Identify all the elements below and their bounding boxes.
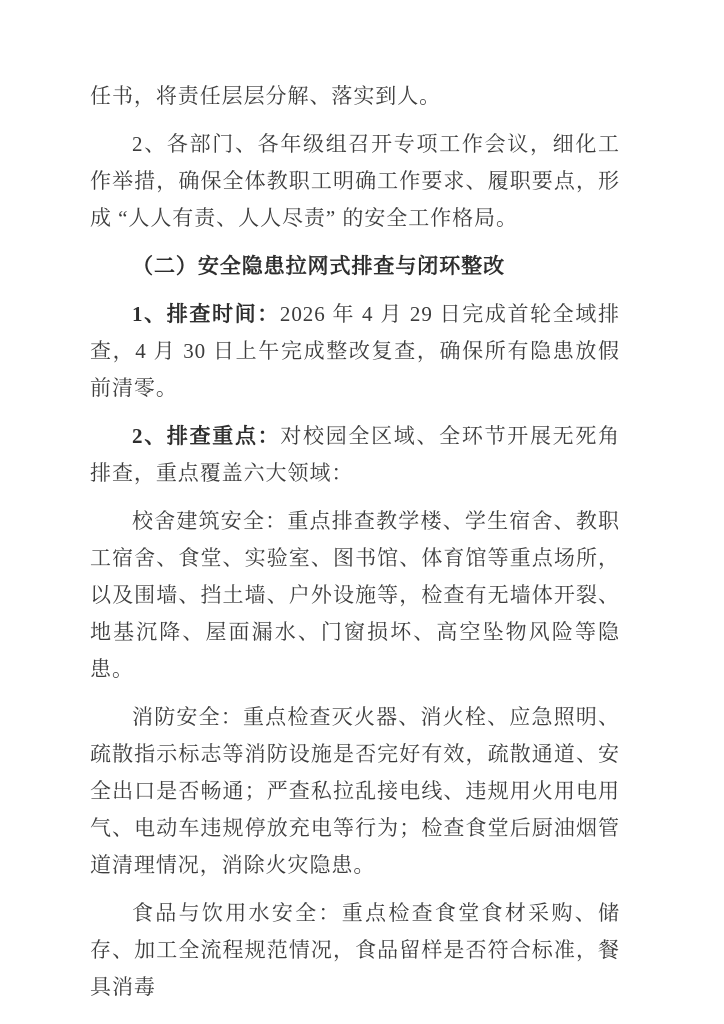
paragraph-inspection-time: 1、排查时间：2026 年 4 月 29 日完成首轮全域排查，4 月 30 日上… — [90, 296, 620, 407]
section-heading-hazard-inspection: （二）安全隐患拉网式排查与闭环整改 — [90, 248, 620, 285]
paragraph-fire-safety: 消防安全：重点检查灭火器、消火栓、应急照明、疏散指示标志等消防设施是否完好有效，… — [90, 699, 620, 884]
paragraph-department-meetings: 2、各部门、各年级组召开专项工作会议，细化工作举措，确保全体教职工明确工作要求、… — [90, 126, 620, 237]
paragraph-inspection-focus-lead: 2、排查重点： — [132, 424, 280, 448]
paragraph-responsibility-continuation: 任书，将责任层层分解、落实到人。 — [90, 78, 620, 115]
document-content: 任书，将责任层层分解、落实到人。 2、各部门、各年级组召开专项工作会议，细化工作… — [90, 78, 620, 1017]
document-page: 任书，将责任层层分解、落实到人。 2、各部门、各年级组召开专项工作会议，细化工作… — [0, 0, 724, 1024]
paragraph-inspection-time-lead: 1、排查时间： — [132, 302, 280, 326]
paragraph-building-safety: 校舍建筑安全：重点排查教学楼、学生宿舍、教职工宿舍、食堂、实验室、图书馆、体育馆… — [90, 503, 620, 688]
paragraph-inspection-focus: 2、排查重点：对校园全区域、全环节开展无死角排查，重点覆盖六大领域： — [90, 418, 620, 492]
paragraph-food-water-safety: 食品与饮用水安全：重点检查食堂食材采购、储存、加工全流程规范情况，食品留样是否符… — [90, 895, 620, 1006]
